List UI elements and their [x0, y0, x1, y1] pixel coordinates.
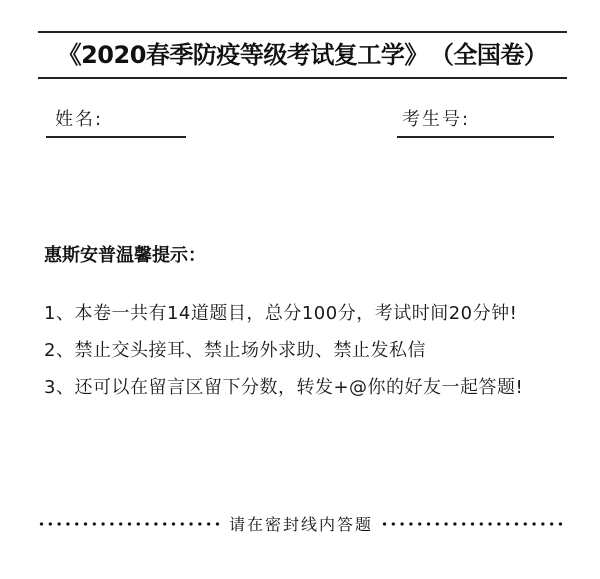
seal-line: 请在密封线内答题	[36, 512, 566, 535]
notice-item: 1、本卷一共有14道题目，总分100分，考试时间20分钟!	[44, 295, 564, 332]
name-underline	[46, 136, 186, 138]
title-bottom-rule	[38, 77, 567, 79]
notice-item: 3、还可以在留言区留下分数，转发+@你的好友一起答题!	[44, 369, 564, 406]
notice-item: 2、禁止交头接耳、禁止场外求助、禁止发私信	[44, 332, 564, 369]
dotted-line-left	[36, 521, 223, 527]
exam-id-underline	[397, 136, 554, 138]
exam-subtitle: （全国卷）	[442, 41, 548, 69]
seal-text: 请在密封线内答题	[223, 512, 379, 535]
name-field[interactable]: 姓名:	[55, 108, 103, 132]
name-label: 姓名:	[55, 108, 103, 132]
page-title: 《2020春季防疫等级考试复工学》（全国卷）	[38, 38, 567, 72]
exam-title: 《2020春季防疫等级考试复工学》	[58, 41, 428, 69]
title-top-rule	[38, 31, 567, 33]
dotted-line-right	[379, 521, 566, 527]
exam-id-field[interactable]: 考生号:	[402, 108, 470, 132]
notice-list: 1、本卷一共有14道题目，总分100分，考试时间20分钟! 2、禁止交头接耳、禁…	[44, 295, 564, 406]
notice-title: 惠斯安普温馨提示：	[44, 243, 206, 269]
exam-id-label: 考生号:	[402, 108, 470, 132]
